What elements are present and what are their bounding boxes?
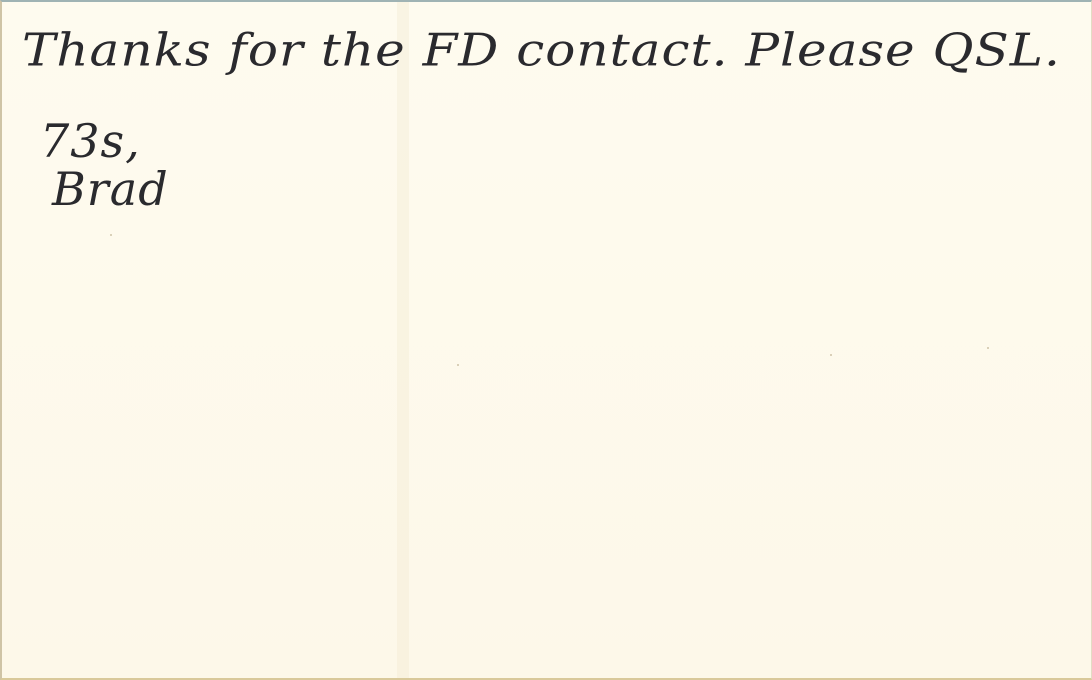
paper-speck <box>987 347 989 349</box>
message-line: Thanks for the FD contact. Please QSL. <box>22 24 1061 76</box>
paper-speck <box>110 234 112 236</box>
signature: Brad <box>52 162 169 216</box>
paper-speck <box>457 364 459 366</box>
paper-speck <box>830 354 832 356</box>
qsl-card: Thanks for the FD contact. Please QSL. 7… <box>0 0 1092 680</box>
closing-line: 73s, <box>40 114 141 168</box>
